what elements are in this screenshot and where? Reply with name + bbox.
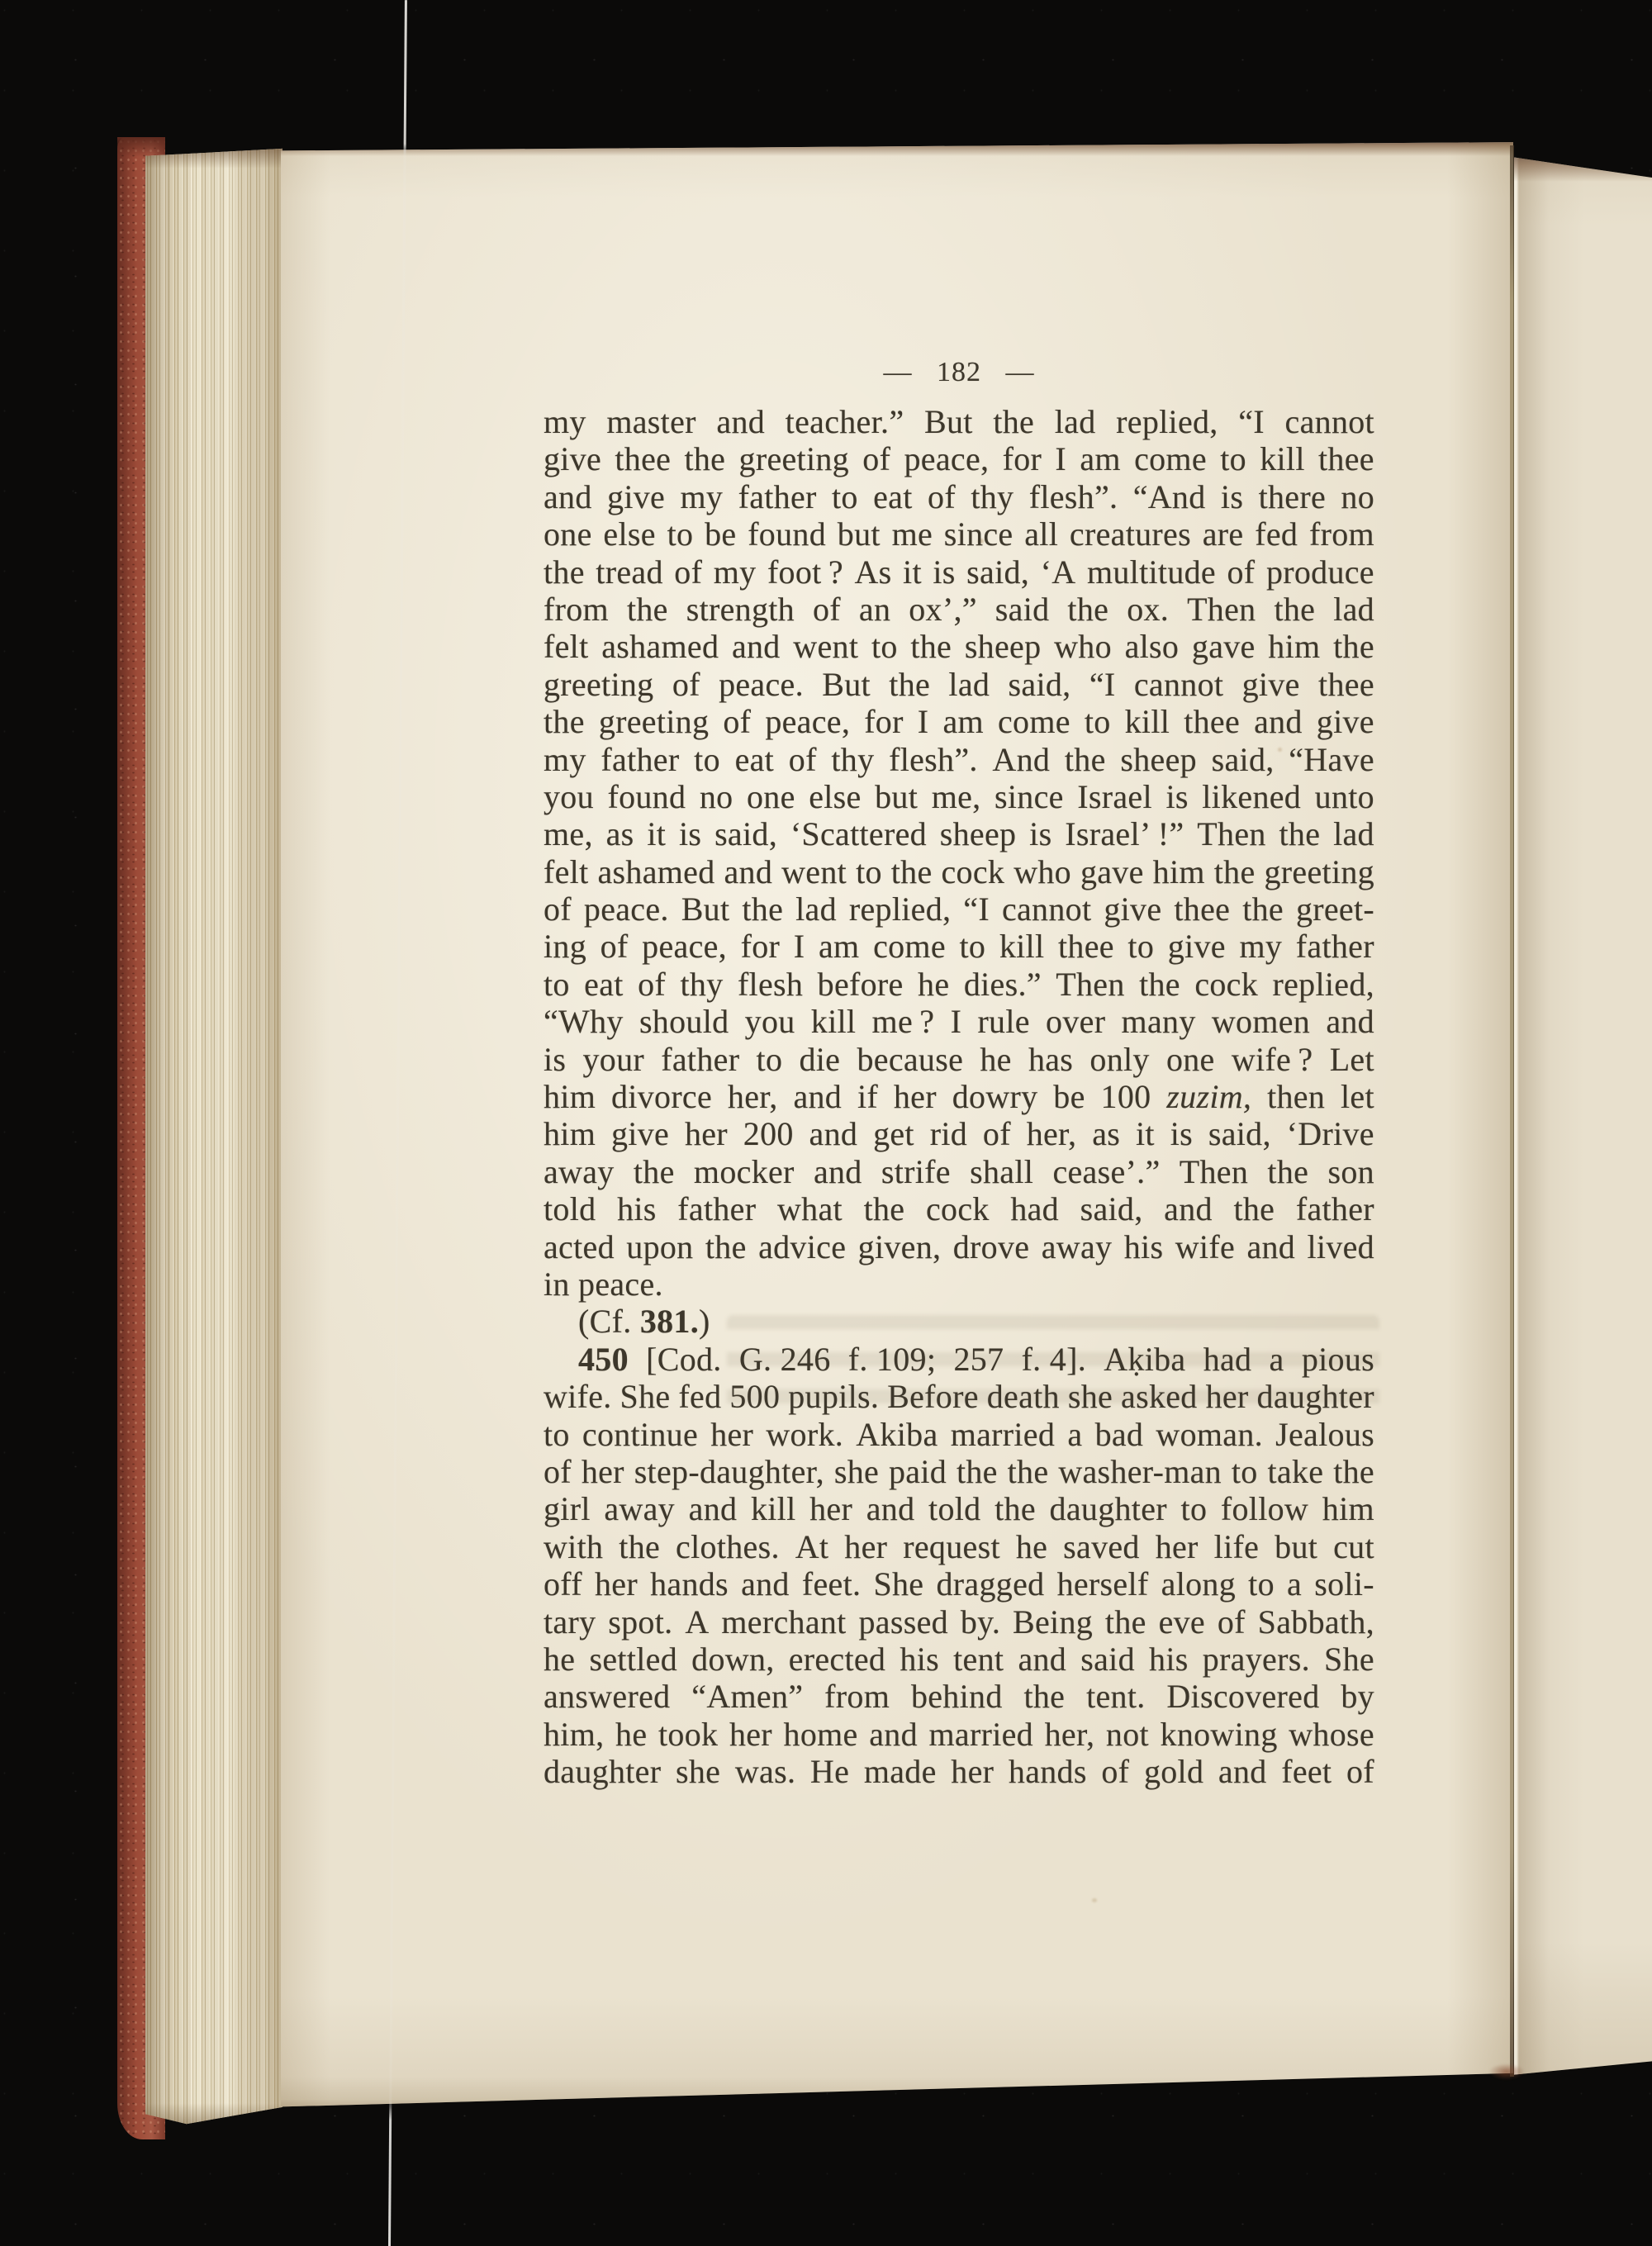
word: of [813,591,841,628]
word: the [1139,966,1180,1003]
word: “Why [544,1003,624,1040]
word: to [757,1041,783,1078]
text-line: offherhandsandfeet.Shedraggedherselfalon… [544,1565,1374,1603]
word: by. [961,1603,1000,1641]
word: him, [544,1716,604,1753]
word: said, [1212,741,1275,778]
word: lad [948,666,990,703]
page-number-header: — 182 — [544,358,1374,387]
word: greet- [1296,890,1374,928]
word: the [995,1490,1036,1527]
word: are [1203,515,1244,553]
word: But [924,403,973,440]
word: father [677,1190,756,1227]
word: of [544,890,572,928]
word: strife [881,1153,951,1190]
word: advice [758,1228,846,1265]
word: away [1042,1228,1113,1265]
text-body: mymasterandteacher.”Buttheladreplied,“Ic… [544,403,1374,1790]
page-top-edge [1514,149,1652,182]
word: thee [1058,928,1114,965]
word: give [1104,890,1161,928]
word: the [910,628,952,665]
word: the [742,890,783,928]
word: f. 109; [848,1341,937,1378]
word: his [1124,1228,1164,1265]
word: who [1054,628,1112,665]
text-line: toeatofthyfleshbeforehedies.”Thenthecock… [544,966,1374,1003]
word: went [793,628,858,665]
word: rid [930,1115,967,1152]
word: lad [1333,591,1374,628]
word: knowing [1161,1716,1278,1753]
word: of [672,666,700,703]
word: “Have [1289,741,1374,778]
word: of [601,928,629,965]
word: and [1164,1190,1213,1227]
word: am [1080,440,1120,477]
word: no [700,778,733,815]
word: to [1085,703,1111,740]
word: father [1296,1190,1374,1227]
page-bottom-edge [281,2077,1513,2115]
word: not [1106,1716,1149,1753]
word: tread [596,553,662,591]
word: f. 4]. [1022,1341,1086,1378]
word: it [1136,1115,1155,1152]
word: Being [1013,1603,1093,1641]
word: ox. [1127,591,1169,628]
word: peace, [765,703,850,740]
word: is [1221,478,1243,515]
word: from [1309,515,1374,553]
word: die [799,1041,840,1078]
text-segment: ) [699,1303,710,1340]
word: dies.” [964,966,1042,1003]
word: only [1089,1041,1149,1078]
word: of [983,1115,1011,1152]
word: the [957,1453,998,1490]
word: should [639,1003,729,1040]
word: At [795,1528,829,1565]
word: to [544,966,570,1003]
word: one [1166,1041,1215,1078]
word: gave [1192,628,1256,665]
word: peace. [719,666,804,703]
word: took [658,1716,718,1753]
text-line: actedupontheadvicegiven,droveawayhiswife… [544,1228,1374,1265]
word: found [748,515,826,553]
text-line: girlawayandkillherandtoldthedaughtertofo… [544,1490,1374,1527]
text-line: youfoundnooneelsebutme,sinceIsraelislike… [544,778,1374,815]
word: paid [889,1453,947,1490]
word: for [741,928,781,965]
word: the [684,440,725,477]
word: you [544,778,594,815]
word: replied, [1116,403,1218,440]
word: said, [714,815,777,852]
word: replied, [849,890,951,928]
word: cannot [1134,666,1223,703]
word: I [951,1003,962,1040]
word: daughter [1050,1490,1167,1527]
text-line: himgiveher200andgetridofher,asitissaid,‘… [544,1115,1374,1152]
word: is [933,553,955,591]
word: ox’,” [909,591,977,628]
word: went [781,853,847,890]
word: him [1268,628,1320,665]
word: her [1156,1528,1199,1565]
word: who [1014,853,1071,890]
word: Israel [1077,778,1152,815]
word: thee [615,440,671,477]
word: dragged [937,1565,1045,1603]
word: gold [1144,1753,1203,1790]
word: feet. [802,1565,861,1603]
word: her [1206,1378,1249,1415]
word: is [679,815,701,852]
word: 500 [729,1378,780,1415]
word: cut [1333,1528,1374,1565]
word: me, [544,815,593,852]
word: said, [1208,1115,1271,1152]
word: soli- [1314,1565,1374,1603]
word: he [980,1041,1011,1078]
word: to [1181,1490,1208,1527]
word: give [544,440,601,477]
word: the [1242,890,1284,928]
word: Then [1056,966,1124,1003]
word: son [1327,1153,1374,1190]
text-line: in peace. [544,1265,1374,1303]
word: tent [953,1641,1004,1678]
word: told [928,1490,980,1527]
word: of [862,440,890,477]
word: thy [680,966,723,1003]
word: kill [751,1490,796,1527]
word: to [832,478,858,515]
word: “I [1238,403,1265,440]
word: made [864,1753,937,1790]
word: cock [926,1190,990,1227]
word: But [681,890,730,928]
word: of [789,741,817,778]
word: a [1270,1341,1284,1378]
word: creatures [1070,515,1191,553]
word: of [1101,1753,1129,1790]
word: felt [544,853,589,890]
word: then [1267,1078,1325,1115]
word: peace, [642,928,727,965]
word: a [1067,1416,1082,1453]
word: if [857,1078,878,1115]
word: of [723,703,751,740]
word: herself [1057,1565,1149,1603]
word: me ? [872,1003,935,1040]
word: thee [1174,890,1230,928]
word: her [685,1115,728,1152]
word: home [784,1716,858,1753]
word: to [1127,928,1154,965]
word: father [601,741,679,778]
word: one [747,778,795,815]
word: to [544,1416,570,1453]
word: and [1326,1003,1374,1040]
word: She [620,1378,671,1415]
word: be [1053,1078,1085,1115]
word: erected [789,1641,886,1678]
word: his [900,1641,939,1678]
word: Let [1330,1041,1374,1078]
word: daughter [1257,1378,1374,1415]
word: is [1170,1115,1193,1152]
word: and [866,1490,915,1527]
word: cannot [1285,403,1374,440]
word: he [1016,1528,1047,1565]
text-line: thegreetingofpeace,forIamcometokilltheea… [544,703,1374,740]
word: no [1341,478,1374,515]
word: her [809,1490,852,1527]
word: my [1239,928,1282,965]
word: cannot [1002,890,1091,928]
word: Before [887,1378,979,1415]
word: G. 246 [739,1341,831,1378]
word: come [998,703,1070,740]
word: 450 [578,1341,629,1378]
word: is [1165,778,1188,815]
word: many [1122,1003,1196,1040]
word: as [606,815,634,852]
word: as [1092,1115,1120,1152]
word: As [854,553,891,591]
text-line: me,asitissaid,‘ScatteredsheepisIsrael’ !… [544,815,1374,852]
word: hands [650,1565,729,1603]
word: am [942,703,983,740]
word: And [992,741,1050,778]
word: passed [858,1603,947,1641]
word: “I [1089,666,1116,703]
word: the [1274,591,1315,628]
word: likened [1202,778,1301,815]
word: all [1024,515,1058,553]
word: give [611,1115,669,1152]
word: step-daughter, [634,1453,824,1490]
word: Akiba [856,1416,938,1453]
word: ‘A [1041,553,1076,591]
word: bad [1095,1416,1144,1453]
word: and [809,1115,858,1152]
word: zuzim, [1166,1078,1251,1115]
word: sheep [1120,741,1197,778]
text-line: ofpeace.Buttheladreplied,“Icannotgivethe… [544,890,1374,928]
word: him [544,1115,596,1152]
word: to [856,853,882,890]
word: of [638,966,666,1003]
word: ‘Drive [1287,1115,1374,1152]
word: thee [1318,666,1374,703]
page-gutter [1510,145,1514,2077]
word: by [1341,1678,1374,1715]
word: the [619,1528,660,1565]
word: clothes. [676,1528,780,1565]
word: give [1168,928,1226,965]
text-line: oneelsetobefoundbutmesinceallcreaturesar… [544,515,1374,553]
word: wife. [544,1378,612,1415]
word: pious [1302,1341,1374,1378]
text-line: 450[Cod.G. 246f. 109;257f. 4].Aḳibahadap… [544,1341,1374,1378]
word: ashamed [601,628,719,665]
right-page-edge [1514,149,1652,2077]
word: of [1227,553,1256,591]
word: and [1254,703,1303,740]
word: down, [691,1641,774,1678]
word: sheep [965,628,1042,665]
word: She [1324,1641,1374,1678]
word: ing [544,928,586,965]
word: said [1080,1641,1135,1678]
word: Discovered [1166,1678,1319,1715]
word: women [1212,1003,1310,1040]
page-top-edge [281,139,1513,156]
word: cock [1194,966,1258,1003]
word: is [1029,815,1051,852]
word: because [857,1041,963,1078]
word: fed [1255,515,1298,553]
word: one [544,515,592,553]
word: strength [686,591,795,628]
word: him [1153,853,1205,890]
word: greeting [599,703,709,740]
word: get [873,1115,914,1152]
word: and [1018,1641,1066,1678]
word: her [710,1416,753,1453]
word: his [1149,1641,1189,1678]
text-line: greetingofpeace.Buttheladsaid,“Icannotgi… [544,666,1374,703]
word: what [777,1190,843,1227]
word: found [607,778,686,815]
text-line: feltashamedandwenttothecockwhogavehimthe… [544,853,1374,890]
word: for [1003,440,1042,477]
word: before [818,966,904,1003]
word: death [987,1378,1060,1415]
page-fore-edges [145,147,282,2128]
text-segment: (Cf. [578,1303,640,1340]
word: follow [1221,1490,1308,1527]
word: her [729,1716,772,1753]
book-photograph: — 182 — mymasterandteacher.”Buttheladrep… [0,0,1652,2246]
word: give [607,478,665,515]
word: A [685,1603,709,1641]
text-line: wife.Shefed500pupils.Beforedeathsheasked… [544,1378,1374,1415]
word: and [793,1078,842,1115]
word: ashamed [597,853,714,890]
word: tary [544,1603,596,1641]
word: and [689,1490,738,1527]
word: saved [1063,1528,1140,1565]
text-line: isyourfathertodiebecausehehasonlyonewife… [544,1041,1374,1078]
word: “Amen” [691,1678,803,1715]
word: my [714,553,757,591]
word: her, [1027,1115,1077,1152]
word: upon [626,1228,693,1265]
word: lad [1333,815,1374,852]
word: come [1134,440,1207,477]
text-line: awaythemockerandstrifeshallcease’.”Thent… [544,1153,1374,1190]
word: rule [977,1003,1029,1040]
word: But [822,666,871,703]
word: her [894,1078,937,1115]
word: of [1346,1753,1374,1790]
word: you [745,1003,795,1040]
text-line: thetreadofmyfoot ?Asitissaid,‘Amultitude… [544,553,1374,591]
word: father [1296,928,1374,965]
word: she [834,1453,879,1490]
text-line: ingofpeace,forIamcometokilltheetogivemyf… [544,928,1374,965]
word: greeting [544,666,653,703]
word: prayers. [1203,1641,1310,1678]
word: and [1218,1753,1267,1790]
word: whose [1289,1716,1374,1753]
word: [Cod. [646,1341,722,1378]
word: Jealous [1275,1416,1374,1453]
word: else [809,778,861,815]
word: married [951,1416,1055,1453]
word: teacher.” [786,403,904,440]
word: eat [735,741,775,778]
word: be [705,515,736,553]
word: him [544,1078,596,1115]
word: tent. [1086,1678,1145,1715]
word: pupils. [788,1378,879,1415]
word: take [1267,1453,1323,1490]
word: said, [966,553,1029,591]
word: away [604,1490,675,1527]
word: over [1046,1003,1105,1040]
word: acted [544,1228,615,1265]
word: and [724,853,773,890]
word: am [819,928,859,965]
word: to [960,928,986,965]
word: answered [544,1678,670,1715]
word: lived [1308,1228,1374,1265]
word: greeting [739,440,849,477]
word: replied, [1272,966,1374,1003]
word: eve [1159,1603,1205,1641]
word: ‘Scattered [790,815,927,852]
text-segment: 381. [640,1303,699,1340]
text-line: toldhisfatherwhatthecockhadsaid,andthefa… [544,1190,1374,1227]
word: the [864,1190,905,1227]
word: father [661,1041,739,1078]
word: girl [544,1490,591,1527]
word: me, [932,778,981,815]
binding-fibers [1488,2063,1525,2080]
word: wife ? [1232,1041,1313,1078]
word: Then [1197,815,1265,852]
word: Israel’ !” [1065,815,1184,852]
word: told [544,1190,596,1227]
word: kill [999,928,1045,965]
word: eat [584,966,624,1003]
word: a [1287,1565,1302,1603]
word: my [544,403,586,440]
word: come [873,928,946,965]
word: him [1322,1490,1374,1527]
word: the [1233,1190,1275,1227]
word: said [995,591,1050,628]
word: daughter [544,1753,661,1790]
word: had [1010,1190,1059,1227]
